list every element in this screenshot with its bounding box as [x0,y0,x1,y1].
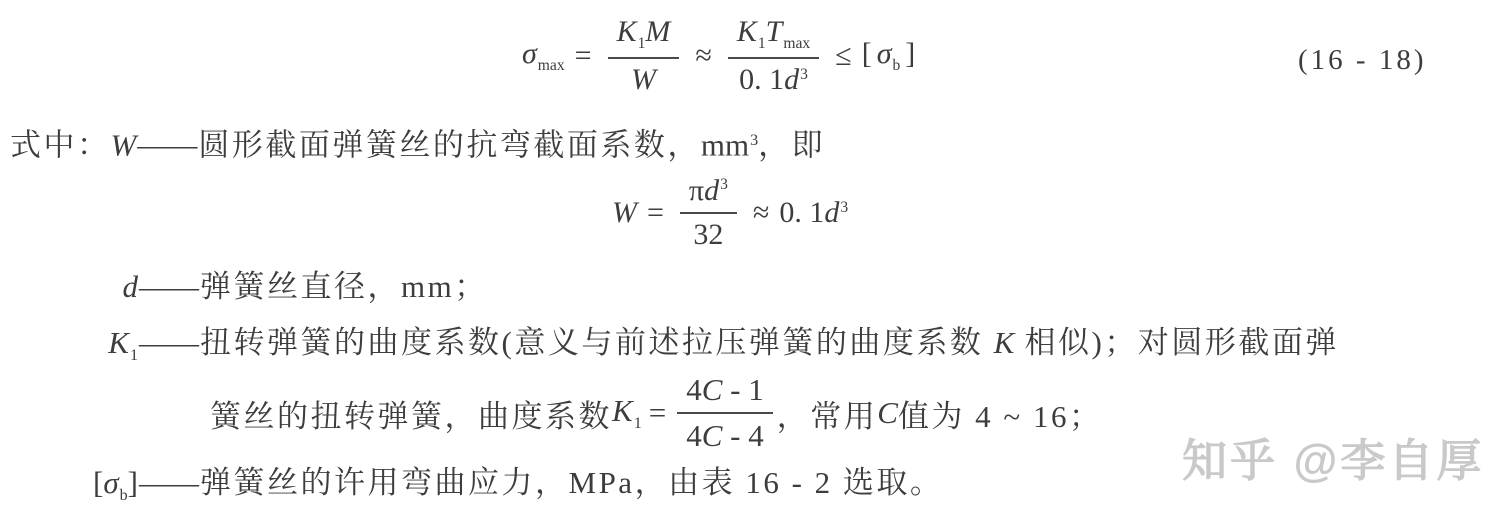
definition-row-sigma-b: [σb]——弹簧丝的许用弯曲应力，MPa，由表 16 - 2 选取。 [0,462,943,512]
fraction-denominator: 32 [693,214,723,253]
w-description: 圆形截面弹簧丝的抗弯截面系数， [198,127,701,162]
fraction-numerator: 4C - 1 [677,372,773,414]
symbol-sigma-b-bracket: [σb] [0,462,138,512]
definition-row-k1-continued: 簧丝的扭转弹簧，曲度系数 K1 = 4C - 1 4C - 4 ，常用 C 值为… [210,374,1102,452]
equals-sign: = [575,39,592,73]
d-description: 弹簧丝直径，mm； [200,269,488,304]
symbol-k1: K1 [0,322,138,377]
approx-sign: ≈ [753,196,769,230]
fraction-denominator: 4C - 4 [686,414,764,454]
k1-description-part2: 相似)；对圆形截面弹 [1014,325,1339,360]
sigma-max-subscript: max [538,57,565,74]
equals-sign: = [649,395,666,431]
definition-dash: —— [139,325,197,360]
fraction-pid3-over-32: πd3 32 [680,174,737,253]
formula-max-bending-stress: σmax = K1M W ≈ K1Tmax 0. 1d3 ≤ [σb] [522,13,915,99]
right-bracket: ] [905,37,915,70]
allowable-stress-bracket: [σb] [862,37,916,75]
k1-continuation-text: 簧丝的扭转弹簧，曲度系数 [210,391,612,436]
fraction-k1tmax-over-01d3: K1Tmax 0. 1d3 [728,15,819,97]
k1-description-part1: 扭转弹簧的曲度系数(意义与前述拉压弹簧的曲度系数 [200,325,994,360]
sigma-b-description: 弹簧丝的许用弯曲应力，MPa，由表 16 - 2 选取。 [200,465,943,500]
approx-sign: ≈ [695,39,711,73]
unit-mm: mm [701,127,749,162]
symbol-w: W [612,196,637,230]
fraction-numerator: K1Tmax [728,15,819,59]
textbook-page: σmax = K1M W ≈ K1Tmax 0. 1d3 ≤ [σb] (16 … [0,0,1511,512]
where-label: 式中： [10,127,111,162]
common-value-text: ，常用 [777,391,878,436]
sigma-glyph: σ [522,37,537,70]
definition-dash: —— [139,465,197,500]
definition-row-k1: K1——扭转弹簧的曲度系数(意义与前述拉压弹簧的曲度系数 K 相似)；对圆形截面… [0,322,1339,377]
w-description-tail: ，即 [758,127,825,162]
fraction-k1m-over-w: K1M W [608,15,680,97]
fraction-denominator: W [631,59,656,98]
formula-section-modulus: W = πd3 32 ≈ 0. 1d3 [612,176,848,250]
symbol-c: C [877,395,898,431]
left-bracket: [ [862,37,872,70]
sigma-max-symbol: σmax [522,37,565,75]
symbol-k1: K1 [612,393,642,433]
c-range-text: 值为 4 ~ 16； [898,391,1103,436]
symbol-k: K [994,325,1015,360]
zhihu-watermark: 知乎 @李自厚 [1182,424,1484,489]
less-equal-sign: ≤ [835,39,851,73]
symbol-w: W [111,127,137,162]
fraction-numerator: πd3 [680,174,737,215]
unit-exponent: 3 [750,132,758,149]
fraction-curvature-coefficient: 4C - 1 4C - 4 [677,372,773,453]
fraction-numerator: K1M [608,15,680,59]
fraction-denominator: 0. 1d3 [739,59,808,98]
definition-row-w: 式中：W——圆形截面弹簧丝的抗弯截面系数，mm3，即 [10,120,825,166]
symbol-d: d [0,266,138,308]
definition-dash: —— [139,269,197,304]
equals-sign: = [647,196,664,230]
approx-value: 0. 1d3 [779,196,848,230]
equation-number: (16 - 18) [1298,44,1426,77]
definition-row-d: d——弹簧丝直径，mm； [0,266,488,308]
definition-dash: —— [137,127,195,162]
